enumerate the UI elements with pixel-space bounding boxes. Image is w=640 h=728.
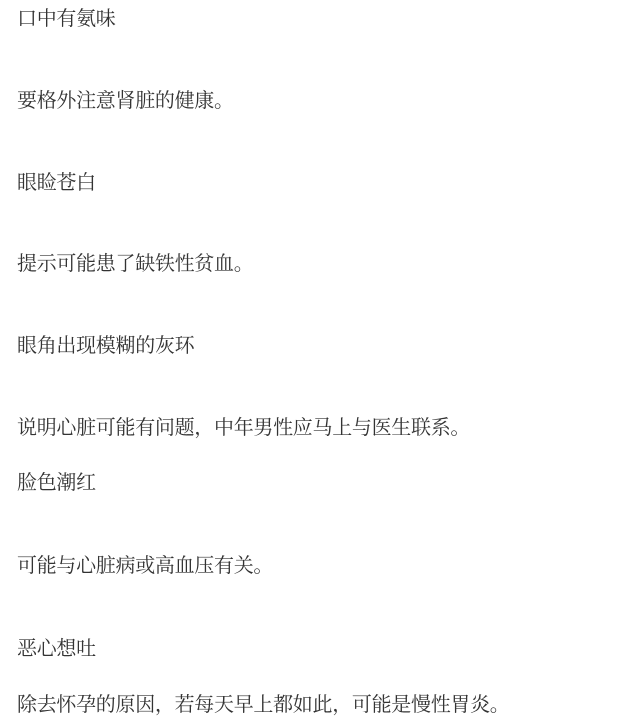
paragraph-explanation-4: 可能与心脏病或高血压有关。 bbox=[17, 555, 273, 575]
paragraph-symptom-1: 口中有氨味 bbox=[17, 8, 116, 28]
paragraph-symptom-3: 眼角出现模糊的灰环 bbox=[17, 335, 194, 355]
paragraph-explanation-5: 除去怀孕的原因，若每天早上都如此，可能是慢性胃炎。 bbox=[17, 694, 510, 714]
paragraph-explanation-1: 要格外注意肾脏的健康。 bbox=[17, 90, 234, 110]
paragraph-symptom-5: 恶心想吐 bbox=[17, 638, 96, 658]
paragraph-explanation-3: 说明心脏可能有问题，中年男性应马上与医生联系。 bbox=[17, 417, 470, 437]
article-page: 口中有氨味 要格外注意肾脏的健康。 眼睑苍白 提示可能患了缺铁性贫血。 眼角出现… bbox=[0, 0, 640, 728]
paragraph-symptom-2: 眼睑苍白 bbox=[17, 172, 96, 192]
paragraph-symptom-4: 脸色潮红 bbox=[17, 472, 96, 492]
paragraph-explanation-2: 提示可能患了缺铁性贫血。 bbox=[17, 253, 253, 273]
